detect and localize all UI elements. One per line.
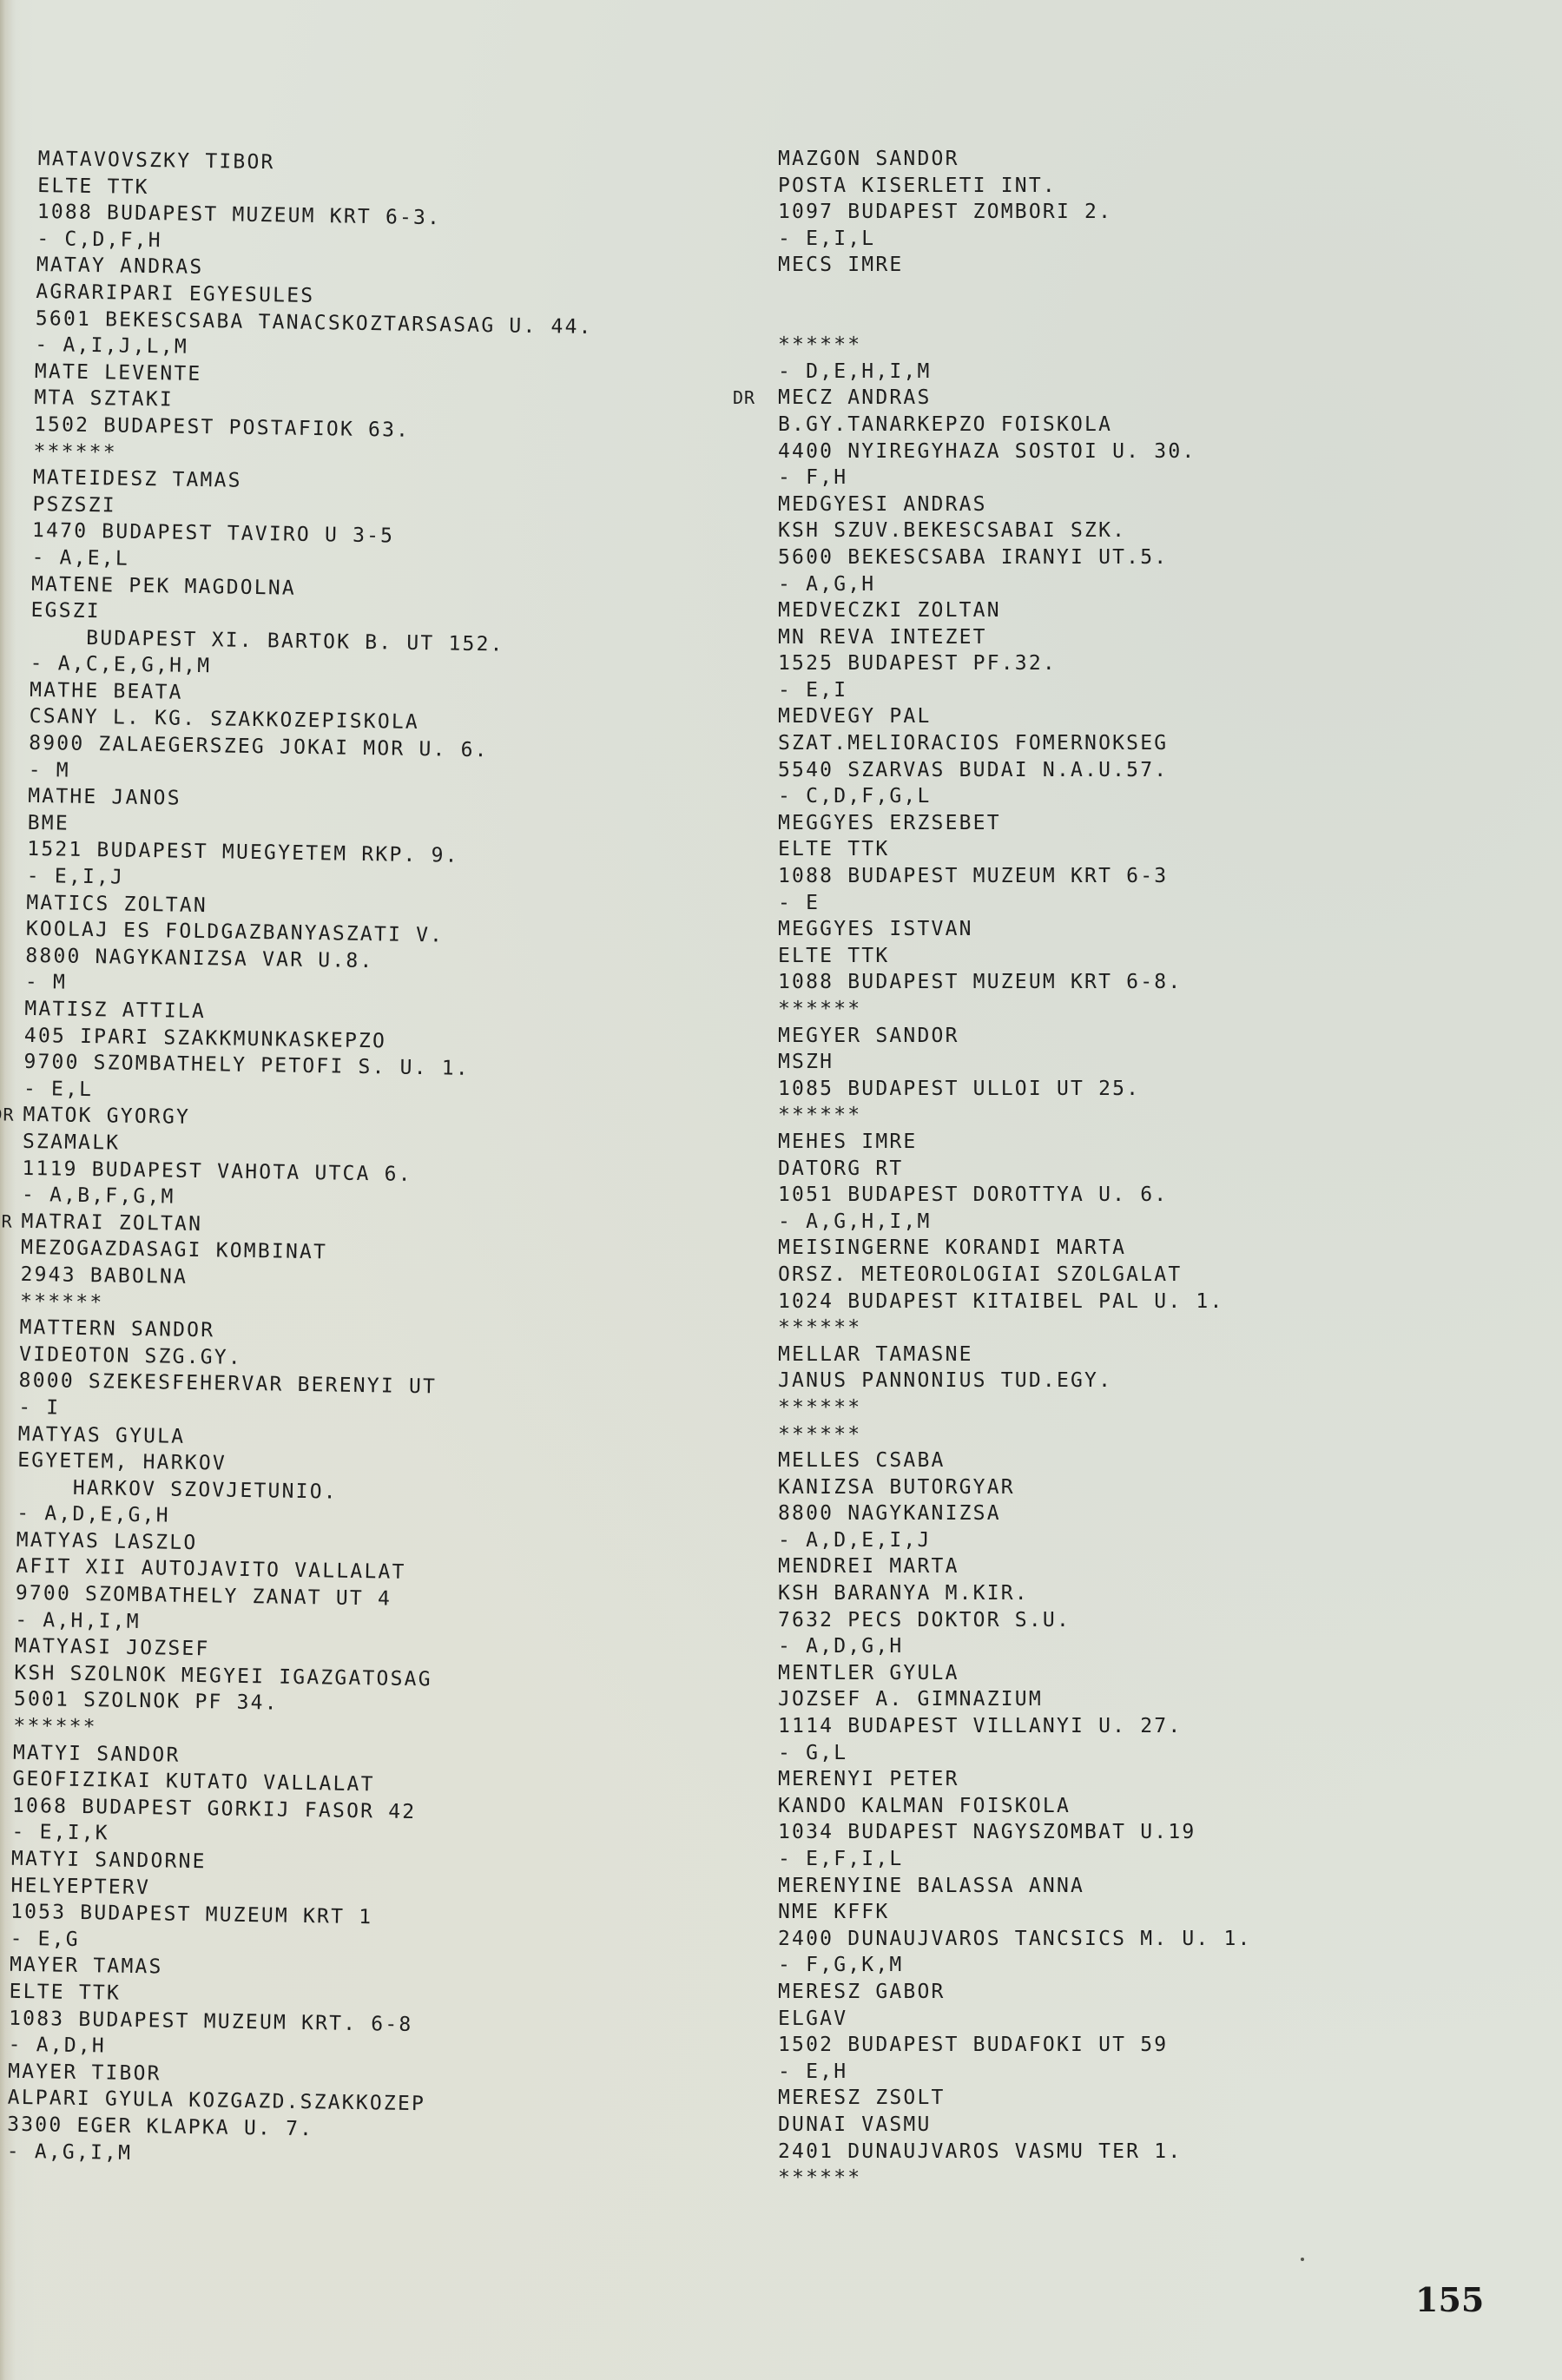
entry-organization: ELTE TTK bbox=[778, 836, 1252, 863]
line-text: AGRARIPARI EGYESULES bbox=[36, 280, 314, 307]
directory-entry: MATISZ ATTILA405 IPARI SZAKKMUNKASKEPZO9… bbox=[23, 996, 583, 1111]
line-text: EGSZI bbox=[30, 599, 101, 623]
entry-separator: ****** bbox=[778, 332, 1252, 359]
entry-name: - D,E,H,I,M bbox=[778, 359, 1252, 386]
line-text: - I bbox=[18, 1396, 61, 1420]
line-text: MENDREI MARTA bbox=[778, 1555, 959, 1578]
line-text: MATE LEVENTE bbox=[35, 360, 202, 386]
line-text: 1085 BUDAPEST ULLOI UT 25. bbox=[778, 1078, 1140, 1100]
title-prefix: DR bbox=[0, 1102, 15, 1129]
title-prefix: DR bbox=[0, 1208, 13, 1235]
directory-entry: MATEIDESZ TAMASPSZSZI1470 BUDAPEST TAVIR… bbox=[31, 465, 590, 579]
line-text: DUNAI VASMU bbox=[778, 2113, 932, 2136]
line-text: MELLES CSABA bbox=[778, 1449, 946, 1472]
entry-address: 1085 BUDAPEST ULLOI UT 25. bbox=[778, 1076, 1252, 1103]
blank-line bbox=[778, 306, 1252, 333]
line-text: MEDGYESI ANDRAS bbox=[778, 493, 987, 516]
line-text: 1088 BUDAPEST MUZEUM KRT 6-8. bbox=[778, 971, 1182, 993]
directory-entry: MELLAR TAMASNEJANUS PANNONIUS TUD.EGY.**… bbox=[778, 1342, 1252, 1447]
directory-entry: MEDGYESI ANDRASKSH SZUV.BEKESCSABAI SZK.… bbox=[778, 491, 1252, 597]
line-text: MECS IMRE bbox=[778, 254, 903, 276]
line-text: ELTE TTK bbox=[9, 1981, 121, 2005]
line-text: - M bbox=[29, 759, 71, 782]
entry-codes: - E,I,L bbox=[778, 226, 1252, 253]
entry-organization: ELGAV bbox=[778, 2006, 1252, 2033]
line-text: ****** bbox=[778, 2166, 861, 2189]
line-text: MERENYI PETER bbox=[778, 1768, 959, 1790]
entry-name: MENDREI MARTA bbox=[778, 1553, 1252, 1580]
entry-organization: JANUS PANNONIUS TUD.EGY. bbox=[778, 1368, 1252, 1394]
line-text: MEISINGERNE KORANDI MARTA bbox=[778, 1236, 1126, 1259]
line-text: 1024 BUDAPEST KITAIBEL PAL U. 1. bbox=[778, 1290, 1224, 1313]
entry-organization: MN REVA INTEZET bbox=[778, 624, 1252, 651]
entry-separator: ****** bbox=[778, 1394, 1252, 1421]
entry-codes: - G,L bbox=[778, 1740, 1252, 1767]
line-text: MERESZ GABOR bbox=[778, 1981, 946, 2003]
directory-entry: MERENYINE BALASSA ANNANME KFFK2400 DUNAU… bbox=[778, 1873, 1252, 1979]
line-text: POSTA KISERLETI INT. bbox=[778, 175, 1057, 197]
line-text: JANUS PANNONIUS TUD.EGY. bbox=[778, 1369, 1112, 1392]
entry-organization: KSH BARANYA M.KIR. bbox=[778, 1580, 1252, 1607]
entry-name: MERENYINE BALASSA ANNA bbox=[778, 1873, 1252, 1900]
line-text: - E,G bbox=[10, 1928, 80, 1951]
entry-organization: DUNAI VASMU bbox=[778, 2112, 1252, 2139]
line-text: AFIT XII AUTOJAVITO VALLALAT bbox=[16, 1555, 406, 1584]
line-text: - E,H bbox=[778, 2060, 847, 2083]
directory-entry: MAYER TAMASELTE TTK1083 BUDAPEST MUZEUM … bbox=[8, 1952, 567, 2067]
line-text: 3300 EGER KLAPKA U. 7. bbox=[7, 2113, 313, 2141]
entry-organization: MSZH bbox=[778, 1049, 1252, 1076]
line-text: MATENE PEK MAGDOLNA bbox=[31, 572, 296, 599]
directory-entry: MATHE JANOSBME1521 BUDAPEST MUEGYETEM RK… bbox=[27, 783, 586, 898]
line-text: - C,D,F,H bbox=[36, 227, 162, 252]
line-text: MATICS ZOLTAN bbox=[26, 892, 208, 917]
line-text: MEDVECZKI ZOLTAN bbox=[778, 599, 1001, 622]
line-text: MATAY ANDRAS bbox=[36, 254, 204, 279]
entry-codes: - A,D,E,I,J bbox=[778, 1527, 1252, 1554]
line-text: B.GY.TANARKEPZO FOISKOLA bbox=[778, 413, 1112, 436]
line-text: MATHE BEATA bbox=[30, 679, 183, 704]
line-text: - D,E,H,I,M bbox=[778, 360, 932, 383]
line-text: ****** bbox=[20, 1289, 104, 1314]
line-text: ELGAV bbox=[778, 2008, 847, 2030]
line-text: 5001 SZOLNOK PF 34. bbox=[14, 1688, 279, 1715]
line-text: 1525 BUDAPEST PF.32. bbox=[778, 652, 1057, 675]
line-text: - A,I,J,L,M bbox=[35, 333, 188, 359]
directory-entry: MATENE PEK MAGDOLNAEGSZI BUDAPEST XI. BA… bbox=[30, 570, 589, 685]
line-text: 8000 SZEKESFEHERVAR BERENYI UT bbox=[18, 1369, 437, 1399]
entry-name: MERENYI PETER bbox=[778, 1766, 1252, 1793]
directory-entry: MECS IMRE****** bbox=[778, 252, 1252, 358]
directory-entry: MEDVECZKI ZOLTANMN REVA INTEZET1525 BUDA… bbox=[778, 597, 1252, 703]
line-text: 1502 BUDAPEST BUDAFOKI UT 59 bbox=[778, 2034, 1168, 2056]
line-text: MEHES IMRE bbox=[778, 1131, 917, 1153]
line-text: - E,I bbox=[778, 679, 847, 702]
line-text: MATOK GYORGY bbox=[23, 1104, 190, 1129]
line-text: - E,F,I,L bbox=[778, 1848, 903, 1870]
line-text: MECZ ANDRAS bbox=[778, 386, 932, 409]
line-text: MEGGYES ISTVAN bbox=[778, 918, 973, 940]
line-text: - G,L bbox=[778, 1742, 847, 1764]
right-column-entries: MAZGON SANDORPOSTA KISERLETI INT.1097 BU… bbox=[778, 146, 1252, 2192]
entry-address: 7632 PECS DOKTOR S.U. bbox=[778, 1607, 1252, 1634]
line-text: MEDVEGY PAL bbox=[778, 705, 932, 728]
line-text: PSZSZI bbox=[32, 493, 116, 518]
entry-address: 5540 SZARVAS BUDAI N.A.U.57. bbox=[778, 757, 1252, 784]
entry-address: 1088 BUDAPEST MUZEUM KRT 6-3 bbox=[778, 863, 1252, 890]
page-number: 155 bbox=[1415, 2280, 1484, 2319]
entry-separator: ****** bbox=[778, 1102, 1252, 1129]
line-text: MATYI SANDORNE bbox=[11, 1848, 207, 1874]
line-text: MELLAR TAMASNE bbox=[778, 1343, 973, 1366]
directory-entry: MELLES CSABAKANIZSA BUTORGYAR8800 NAGYKA… bbox=[778, 1447, 1252, 1553]
entry-address: 2401 DUNAUJVAROS VASMU TER 1. bbox=[778, 2139, 1252, 2166]
directory-entry: MEGYER SANDORMSZH1085 BUDAPEST ULLOI UT … bbox=[778, 1023, 1252, 1129]
line-text: SZAMALK bbox=[23, 1131, 121, 1155]
line-text: NME KFFK bbox=[778, 1901, 889, 1923]
line-text: KANDO KALMAN FOISKOLA bbox=[778, 1795, 1071, 1817]
line-text: 1053 BUDAPEST MUZEUM KRT 1 bbox=[10, 1901, 373, 1929]
entry-name: MERESZ GABOR bbox=[778, 1979, 1252, 2006]
line-text: MEGGYES ERZSEBET bbox=[778, 812, 1001, 834]
line-text: ORSZ. METEOROLOGIAI SZOLGALAT bbox=[778, 1263, 1182, 1286]
line-text: 1470 BUDAPEST TAVIRO U 3-5 bbox=[32, 519, 395, 548]
entry-organization: DATORG RT bbox=[778, 1156, 1252, 1183]
entry-name: MELLAR TAMASNE bbox=[778, 1342, 1252, 1368]
directory-entry: MEHES IMREDATORG RT1051 BUDAPEST DOROTTY… bbox=[778, 1129, 1252, 1235]
line-text: 1088 BUDAPEST MUZEUM KRT 6-3. bbox=[37, 201, 442, 229]
line-text: - F,G,K,M bbox=[778, 1954, 903, 1976]
line-text: - C,D,F,G,L bbox=[778, 785, 932, 808]
line-text: MSZH bbox=[778, 1051, 834, 1073]
line-text: ****** bbox=[778, 1423, 861, 1446]
paper-speck bbox=[1301, 2258, 1304, 2261]
entry-organization: NME KFFK bbox=[778, 1899, 1252, 1926]
line-text: 1502 BUDAPEST POSTAFIOK 63. bbox=[34, 413, 411, 442]
line-text: 5540 SZARVAS BUDAI N.A.U.57. bbox=[778, 759, 1168, 781]
line-text: BME bbox=[28, 812, 70, 835]
line-text: ****** bbox=[778, 1316, 861, 1339]
line-text: MATEIDESZ TAMAS bbox=[33, 466, 242, 492]
directory-entry: MEGGYES ISTVANELTE TTK1088 BUDAPEST MUZE… bbox=[778, 916, 1252, 1022]
entry-organization: JOZSEF A. GIMNAZIUM bbox=[778, 1686, 1252, 1713]
entry-codes: - C,D,F,G,L bbox=[778, 783, 1252, 810]
entry-name: MENTLER GYULA bbox=[778, 1660, 1252, 1687]
directory-entry: MATYI SANDORNEHELYEPTERV1053 BUDAPEST MU… bbox=[10, 1846, 569, 1961]
line-text: VIDEOTON SZG.GY. bbox=[19, 1343, 242, 1369]
line-text: KANIZSA BUTORGYAR bbox=[778, 1476, 1015, 1499]
entry-separator: ****** bbox=[778, 1421, 1252, 1448]
entry-name: MEGGYES ERZSEBET bbox=[778, 810, 1252, 837]
line-text: - E,L bbox=[23, 1078, 94, 1101]
entry-address: 5600 BEKESCSABA IRANYI UT.5. bbox=[778, 544, 1252, 571]
entry-address: 2400 DUNAUJVAROS TANCSICS M. U. 1. bbox=[778, 1926, 1252, 1953]
directory-entry: DRMATRAI ZOLTANMEZOGAZDASAGI KOMBINAT294… bbox=[20, 1209, 579, 1323]
entry-codes: - F,H bbox=[778, 465, 1252, 491]
entry-address: 1502 BUDAPEST BUDAFOKI UT 59 bbox=[778, 2032, 1252, 2059]
line-text: MATHE JANOS bbox=[28, 785, 181, 810]
entry-separator: ****** bbox=[778, 1315, 1252, 1342]
line-text: ALPARI GYULA KOZGAZD.SZAKKOZEP bbox=[7, 2087, 425, 2116]
line-text: - A,B,F,G,M bbox=[22, 1183, 175, 1209]
entry-codes: - E,F,I,L bbox=[778, 1846, 1252, 1873]
entry-codes: - A,G,H bbox=[778, 571, 1252, 598]
line-text: - A,D,E,G,H bbox=[16, 1502, 170, 1527]
directory-entry: MATYASI JOZSEFKSH SZOLNOK MEGYEI IGAZGAT… bbox=[13, 1633, 572, 1748]
line-text: - M bbox=[25, 971, 68, 994]
line-text: 1068 BUDAPEST GORKIJ FASOR 42 bbox=[12, 1795, 417, 1823]
entry-name: MEGGYES ISTVAN bbox=[778, 916, 1252, 943]
entry-organization: ELTE TTK bbox=[778, 943, 1252, 970]
line-text: 405 IPARI SZAKKMUNKASKEPZO bbox=[24, 1024, 387, 1052]
directory-entry: MATAY ANDRASAGRARIPARI EGYESULES5601 BEK… bbox=[35, 252, 594, 366]
line-text: 1119 BUDAPEST VAHOTA UTCA 6. bbox=[22, 1157, 412, 1185]
entry-address: 4400 NYIREGYHAZA SOSTOI U. 30. bbox=[778, 438, 1252, 465]
entry-organization: ORSZ. METEOROLOGIAI SZOLGALAT bbox=[778, 1262, 1252, 1289]
line-text: MATYASI JOZSEF bbox=[15, 1635, 210, 1661]
line-text: KSH SZUV.BEKESCSABAI SZK. bbox=[778, 519, 1126, 542]
line-text: - A,H,I,M bbox=[15, 1608, 141, 1632]
entry-organization: B.GY.TANARKEPZO FOISKOLA bbox=[778, 412, 1252, 438]
line-text: - E,I,L bbox=[778, 227, 875, 250]
entry-organization: POSTA KISERLETI INT. bbox=[778, 173, 1252, 200]
line-text: MTA SZTAKI bbox=[34, 386, 174, 412]
line-text: MAYER TAMAS bbox=[10, 1954, 163, 1979]
line-text: 9700 SZOMBATHELY ZANAT UT 4 bbox=[16, 1582, 392, 1611]
entry-codes: - A,D,G,H bbox=[778, 1633, 1252, 1660]
directory-entry: MERESZ GABORELGAV1502 BUDAPEST BUDAFOKI … bbox=[778, 1979, 1252, 2085]
line-text: MATYAS LASZLO bbox=[16, 1529, 198, 1554]
directory-entry: DRMATOK GYORGYSZAMALK1119 BUDAPEST VAHOT… bbox=[22, 1102, 581, 1216]
line-text: 4400 NYIREGYHAZA SOSTOI U. 30. bbox=[778, 440, 1196, 463]
line-text: MEZOGAZDASAGI KOMBINAT bbox=[21, 1236, 327, 1264]
line-text: 2943 BABOLNA bbox=[20, 1263, 188, 1289]
entry-address: 1024 BUDAPEST KITAIBEL PAL U. 1. bbox=[778, 1289, 1252, 1315]
directory-entry: MEISINGERNE KORANDI MARTAORSZ. METEOROLO… bbox=[778, 1235, 1252, 1341]
entry-name: MEGYER SANDOR bbox=[778, 1023, 1252, 1050]
entry-name: MEDVEGY PAL bbox=[778, 703, 1252, 730]
line-text: ****** bbox=[33, 439, 117, 464]
line-text: 2400 DUNAUJVAROS TANCSICS M. U. 1. bbox=[778, 1928, 1252, 1950]
line-text: CSANY L. KG. SZAKKOZEPISKOLA bbox=[29, 705, 419, 734]
line-text: - A,G,H bbox=[778, 573, 875, 596]
line-text: HARKOV SZOVJETUNIO. bbox=[17, 1475, 338, 1503]
entry-name: MERESZ ZSOLT bbox=[778, 2085, 1252, 2112]
line-text: DATORG RT bbox=[778, 1157, 903, 1180]
line-text: MATISZ ATTILA bbox=[24, 998, 206, 1023]
line-text: MERENYINE BALASSA ANNA bbox=[778, 1875, 1084, 1897]
line-text: - E,I,J bbox=[27, 865, 125, 889]
entry-codes: - A,G,H,I,M bbox=[778, 1209, 1252, 1236]
directory-entry: MERENYI PETERKANDO KALMAN FOISKOLA1034 B… bbox=[778, 1766, 1252, 1872]
line-text: MEGYER SANDOR bbox=[778, 1025, 959, 1047]
directory-entry: MERESZ ZSOLTDUNAI VASMU2401 DUNAUJVAROS … bbox=[778, 2085, 1252, 2191]
line-text: - A,D,H bbox=[8, 2034, 106, 2058]
line-text: - A,G,H,I,M bbox=[778, 1210, 932, 1233]
entry-name: MEISINGERNE KORANDI MARTA bbox=[778, 1235, 1252, 1262]
line-text: JOZSEF A. GIMNAZIUM bbox=[778, 1688, 1043, 1711]
entry-codes: - E,I bbox=[778, 677, 1252, 704]
line-text: ELTE TTK bbox=[778, 838, 889, 860]
entry-organization: KSH SZUV.BEKESCSABAI SZK. bbox=[778, 518, 1252, 544]
line-text: SZAT.MELIORACIOS FOMERNOKSEG bbox=[778, 732, 1168, 755]
line-text: MATAVOVSZKY TIBOR bbox=[38, 148, 275, 174]
directory-entry: MATYAS GYULAEGYETEM, HARKOV HARKOV SZOVJ… bbox=[16, 1421, 576, 1535]
line-text: MENTLER GYULA bbox=[778, 1662, 959, 1684]
line-text: 8800 NAGYKANIZSA VAR U.8. bbox=[25, 945, 374, 972]
line-text: KOOLAJ ES FOLDGAZBANYASZATI V. bbox=[26, 918, 445, 947]
entry-name: MEDGYESI ANDRAS bbox=[778, 491, 1252, 518]
entry-address: 1114 BUDAPEST VILLANYI U. 27. bbox=[778, 1713, 1252, 1740]
line-text: - F,H bbox=[778, 466, 847, 489]
line-text: MAYER TIBOR bbox=[8, 2060, 161, 2085]
directory-entry: MAYER TIBORALPARI GYULA KOZGAZD.SZAKKOZE… bbox=[6, 2058, 565, 2172]
line-text: 1083 BUDAPEST MUZEUM KRT. 6-8 bbox=[9, 2007, 413, 2035]
entry-organization: SZAT.MELIORACIOS FOMERNOKSEG bbox=[778, 730, 1252, 757]
directory-entry: MATHE BEATACSANY L. KG. SZAKKOZEPISKOLA8… bbox=[28, 677, 587, 792]
line-text: MATTERN SANDOR bbox=[19, 1316, 214, 1342]
entry-organization: KANDO KALMAN FOISKOLA bbox=[778, 1793, 1252, 1820]
entry-organization: KANIZSA BUTORGYAR bbox=[778, 1474, 1252, 1501]
line-text: 5600 BEKESCSABA IRANYI UT.5. bbox=[778, 546, 1168, 569]
line-text: - E,I,K bbox=[11, 1821, 109, 1845]
line-text: ****** bbox=[778, 998, 861, 1020]
left-column-entries: MATAVOVSZKY TIBORELTE TTK1088 BUDAPEST M… bbox=[6, 146, 595, 2173]
entry-name: MECS IMRE bbox=[778, 252, 1252, 279]
line-text: MATYAS GYULA bbox=[17, 1422, 185, 1447]
entry-address: 1051 BUDAPEST DOROTTYA U. 6. bbox=[778, 1182, 1252, 1209]
line-text: 1034 BUDAPEST NAGYSZOMBAT U.19 bbox=[778, 1821, 1196, 1843]
entry-name: MAZGON SANDOR bbox=[778, 146, 1252, 173]
line-text: MATYI SANDOR bbox=[13, 1741, 181, 1766]
entry-codes: - F,G,K,M bbox=[778, 1952, 1252, 1979]
line-text: 1088 BUDAPEST MUZEUM KRT 6-3 bbox=[778, 865, 1168, 887]
line-text: 1051 BUDAPEST DOROTTYA U. 6. bbox=[778, 1183, 1168, 1206]
line-text: - A,D,E,I,J bbox=[778, 1529, 932, 1552]
directory-entry: MENDREI MARTAKSH BARANYA M.KIR.7632 PECS… bbox=[778, 1553, 1252, 1659]
line-text: ****** bbox=[778, 1104, 861, 1126]
entry-address: 1034 BUDAPEST NAGYSZOMBAT U.19 bbox=[778, 1819, 1252, 1846]
directory-entry: MAZGON SANDORPOSTA KISERLETI INT.1097 BU… bbox=[778, 146, 1252, 252]
title-prefix: DR bbox=[733, 385, 755, 412]
directory-entry: MEDVEGY PALSZAT.MELIORACIOS FOMERNOKSEG5… bbox=[778, 703, 1252, 809]
line-text: 8800 NAGYKANIZSA bbox=[778, 1502, 1001, 1525]
entry-separator: ****** bbox=[778, 2165, 1252, 2192]
line-text: MAZGON SANDOR bbox=[778, 148, 959, 170]
line-text: MN REVA INTEZET bbox=[778, 626, 987, 649]
directory-entry: MATYAS LASZLOAFIT XII AUTOJAVITO VALLALA… bbox=[15, 1527, 574, 1642]
entry-address: 1097 BUDAPEST ZOMBORI 2. bbox=[778, 199, 1252, 226]
line-text: - A,E,L bbox=[31, 546, 129, 570]
line-text: MATRAI ZOLTAN bbox=[21, 1210, 202, 1236]
line-text: ELTE TTK bbox=[778, 945, 889, 967]
line-text: EGYETEM, HARKOV bbox=[17, 1449, 227, 1475]
directory-entry: MATTERN SANDORVIDEOTON SZG.GY.8000 SZEKE… bbox=[18, 1315, 577, 1429]
line-text: ****** bbox=[778, 333, 861, 356]
directory-entry: MATYI SANDORGEOFIZIKAI KUTATO VALLALAT10… bbox=[11, 1739, 570, 1854]
entry-name: MELLES CSABA bbox=[778, 1447, 1252, 1474]
directory-entry: - D,E,H,I,M bbox=[778, 359, 1252, 386]
entry-separator: ****** bbox=[778, 996, 1252, 1023]
line-text: ****** bbox=[13, 1715, 97, 1739]
line-text: HELYEPTERV bbox=[10, 1874, 150, 1899]
line-text: - A,G,I,M bbox=[7, 2139, 133, 2164]
line-text: - A,C,E,G,H,M bbox=[30, 652, 211, 677]
directory-entry: MATE LEVENTEMTA SZTAKI1502 BUDAPEST POST… bbox=[33, 359, 592, 473]
entry-name: MEHES IMRE bbox=[778, 1129, 1252, 1156]
entry-address: 8800 NAGYKANIZSA bbox=[778, 1500, 1252, 1527]
entry-address: 1525 BUDAPEST PF.32. bbox=[778, 650, 1252, 677]
directory-entry: MEGGYES ERZSEBETELTE TTK1088 BUDAPEST MU… bbox=[778, 810, 1252, 916]
directory-entry: MATICS ZOLTANKOOLAJ ES FOLDGAZBANYASZATI… bbox=[25, 890, 584, 1005]
line-text: 1521 BUDAPEST MUEGYETEM RKP. 9. bbox=[27, 838, 459, 867]
line-text: 1097 BUDAPEST ZOMBORI 2. bbox=[778, 201, 1112, 223]
line-text: 7632 PECS DOKTOR S.U. bbox=[778, 1609, 1071, 1632]
blank-line bbox=[778, 279, 1252, 306]
entry-codes: - E,H bbox=[778, 2059, 1252, 2086]
directory-entry: DRMECZ ANDRASB.GY.TANARKEPZO FOISKOLA440… bbox=[778, 385, 1252, 491]
line-text: ELTE TTK bbox=[37, 175, 149, 199]
entry-codes: - E bbox=[778, 890, 1252, 917]
line-text: KSH BARANYA M.KIR. bbox=[778, 1582, 1029, 1605]
line-text: 1114 BUDAPEST VILLANYI U. 27. bbox=[778, 1715, 1182, 1737]
line-text: - A,D,G,H bbox=[778, 1635, 903, 1658]
entry-name: MEDVECZKI ZOLTAN bbox=[778, 597, 1252, 624]
line-text: - E bbox=[778, 892, 820, 914]
line-text: 2401 DUNAUJVAROS VASMU TER 1. bbox=[778, 2140, 1182, 2163]
directory-entry: MENTLER GYULAJOZSEF A. GIMNAZIUM1114 BUD… bbox=[778, 1660, 1252, 1766]
entry-name: DRMECZ ANDRAS bbox=[778, 385, 1252, 412]
line-text: ****** bbox=[778, 1396, 861, 1419]
directory-entry: MATAVOVSZKY TIBORELTE TTK1088 BUDAPEST M… bbox=[36, 146, 596, 260]
line-text: KSH SZOLNOK MEGYEI IGAZGATOSAG bbox=[14, 1662, 432, 1691]
line-text: MERESZ ZSOLT bbox=[778, 2087, 946, 2109]
line-text: GEOFIZIKAI KUTATO VALLALAT bbox=[12, 1768, 375, 1797]
entry-address: 1088 BUDAPEST MUZEUM KRT 6-8. bbox=[778, 969, 1252, 996]
